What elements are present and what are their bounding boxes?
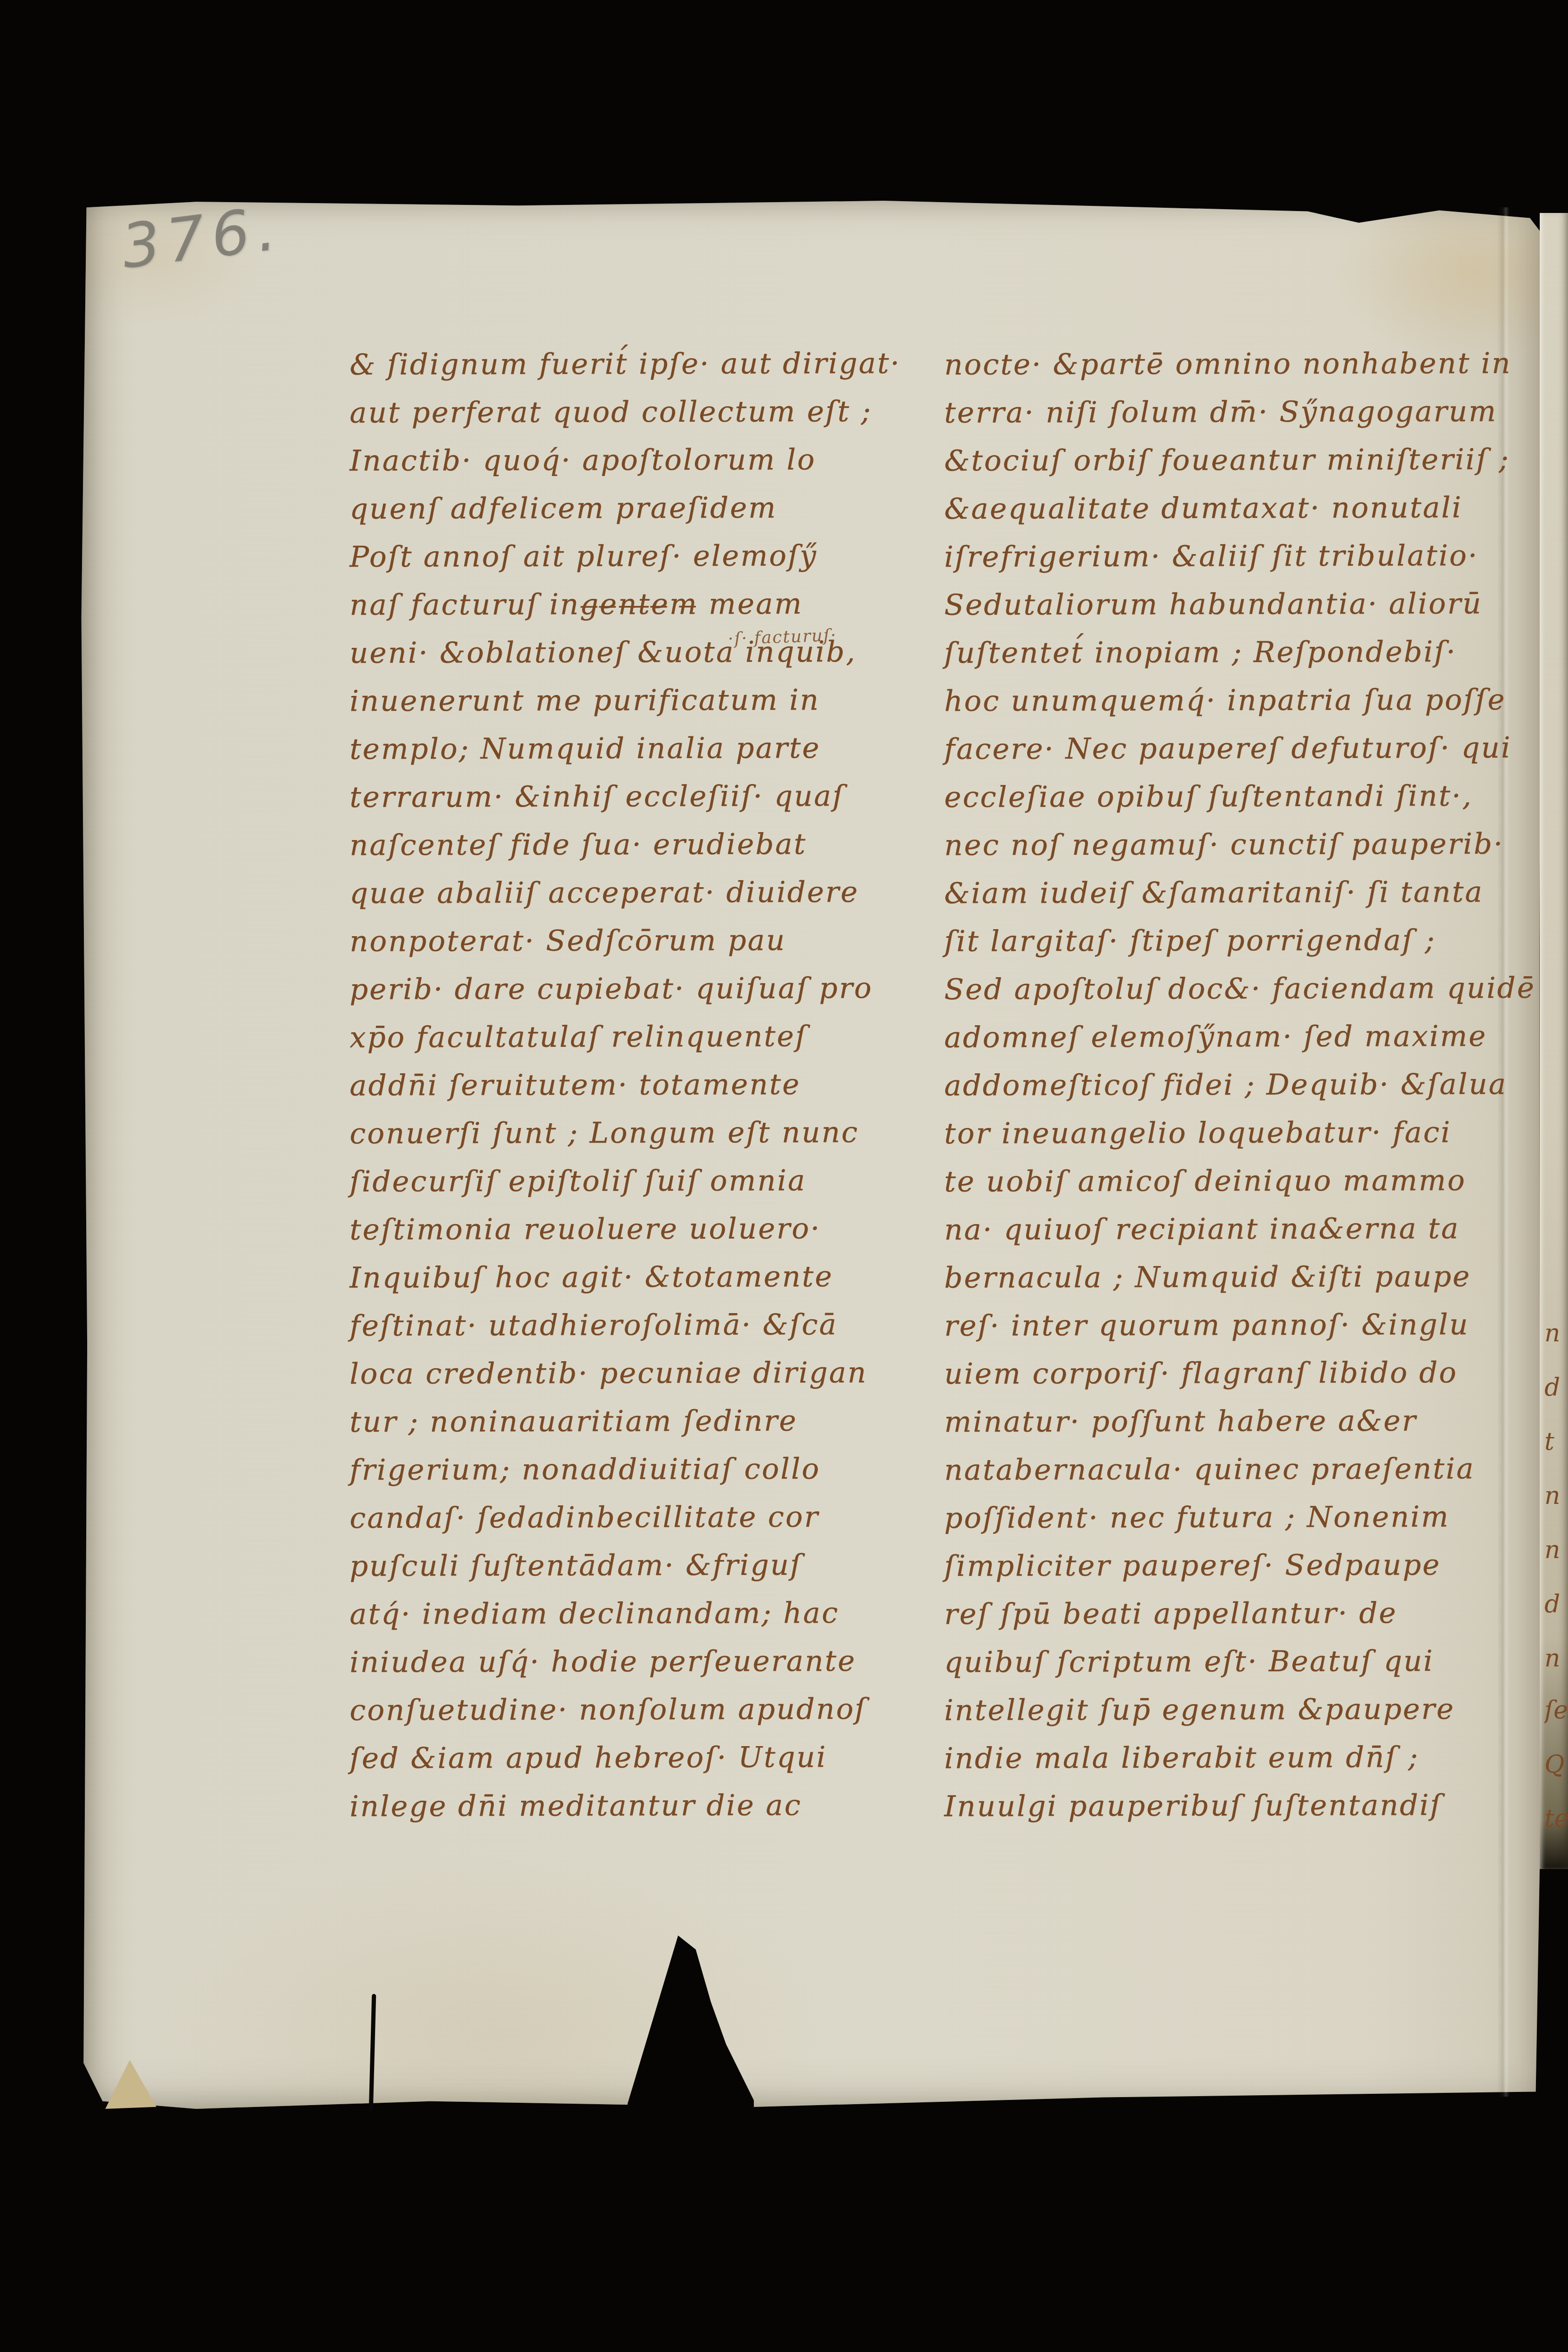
manuscript-text-line: feſtinat· utadhieroſolimā· &ſcā bbox=[350, 1300, 950, 1350]
manuscript-text-line: naſ facturuſ ing̶e̶n̶t̶e̶m̶ meam bbox=[350, 580, 950, 629]
text-column-right: nocte· &partē omnino nonhabent interra· … bbox=[944, 340, 1552, 1830]
manuscript-text-line: Inquibuſ hoc agit· &totamente bbox=[350, 1252, 950, 1302]
manuscript-text-line: Sedutaliorum habundantia· aliorū bbox=[944, 580, 1552, 629]
manuscript-text-line: na· quiuoſ recipiant ina&erna ta bbox=[944, 1204, 1552, 1254]
text-column-left: & ſidignum fuerit́ ipſe· aut dirigat·aut… bbox=[350, 340, 950, 1830]
manuscript-text-line: atq́· inediam declinandam; hac bbox=[350, 1589, 950, 1638]
manuscript-text-line: conſuetudine· nonſolum apudnoſ bbox=[350, 1685, 950, 1734]
manuscript-text-line: addn̄i ſeruitutem· totamente bbox=[350, 1060, 950, 1110]
manuscript-text-line: te uobiſ amicoſ deiniquo mammo bbox=[944, 1156, 1552, 1206]
manuscript-text-line: quae abaliiſ acceperat· diuidere bbox=[350, 868, 950, 917]
manuscript-text-line: Poſt annoſ ait plureſ· elemoſy̋ bbox=[350, 531, 950, 581]
manuscript-text-line: facere· Nec paupereſ defuturoſ· qui bbox=[944, 724, 1552, 773]
manuscript-text-line: candaſ· ſedadinbecillitate cor bbox=[350, 1493, 950, 1542]
manuscript-text-line: poſſident· nec futura ; Nonenim bbox=[944, 1493, 1552, 1542]
manuscript-text-line: reſ ſpū beati appellantur· de bbox=[944, 1589, 1552, 1638]
manuscript-text-line: uiem corporiſ· flagranſ libido do bbox=[944, 1348, 1552, 1398]
manuscript-text-line: ſimpliciter paupereſ· Sedpaupe bbox=[944, 1541, 1552, 1590]
manuscript-text-line: ſit largitaſ· ſtipeſ porrigendaſ ; bbox=[944, 916, 1552, 965]
manuscript-text-line: templo; Numquid inalia parte bbox=[350, 724, 950, 773]
manuscript-text-line: intellegit ſup̄ egenum &paupere bbox=[944, 1685, 1552, 1734]
manuscript-text-line: bernacula ; Numquid &iſti paupe bbox=[944, 1252, 1552, 1302]
manuscript-photo: ndtnndnſeQte 376. & ſidignum fuerit́ ipſ… bbox=[0, 0, 1568, 2352]
manuscript-text-line: nec noſ negamuſ· cunctiſ pauperib· bbox=[944, 820, 1552, 869]
manuscript-text-line: Inuulgi pauperibuſ ſuſtentandiſ bbox=[944, 1781, 1552, 1830]
manuscript-text-line: teſtimonia reuoluere uoluero· bbox=[350, 1204, 950, 1254]
manuscript-text-line: inuenerunt me purificatum in bbox=[350, 676, 950, 725]
manuscript-text-line: reſ· inter quorum pannoſ· &inglu bbox=[944, 1300, 1552, 1350]
manuscript-text-line: ſuſtentet́ inopiam ; Reſpondebiſ· bbox=[944, 628, 1552, 677]
manuscript-text-line: ſed &iam apud hebreoſ· Utqui bbox=[350, 1733, 950, 1782]
manuscript-text-line: quibuſ ſcriptum eſt· Beatuſ qui bbox=[944, 1637, 1552, 1686]
manuscript-text-line: &tociuſ orbiſ foueantur miniſteriiſ ; bbox=[944, 435, 1552, 485]
manuscript-text-line: adomneſ elemoſy̋nam· ſed maxime bbox=[944, 1012, 1552, 1062]
manuscript-text-line: ueni· &oblationeſ &uota inquib, bbox=[350, 628, 950, 677]
manuscript-text-line: frigerium; nonaddiuitiaſ collo bbox=[350, 1445, 950, 1494]
manuscript-text-line: nocte· &partē omnino nonhabent in bbox=[944, 339, 1552, 389]
manuscript-text-line: conuerſi ſunt ; Longum eſt nunc bbox=[350, 1108, 950, 1158]
manuscript-text-line: indie mala liberabit eum dn̄ſ ; bbox=[944, 1733, 1552, 1782]
manuscript-text-line: terrarum· &inhiſ eccleſiiſ· quaſ bbox=[350, 772, 950, 821]
manuscript-text-line: natabernacula· quinec praeſentia bbox=[944, 1445, 1552, 1494]
interlinear-gloss: ·ſ· facturuſ· bbox=[727, 626, 837, 649]
manuscript-text-line: minatur· poſſunt habere a&er bbox=[944, 1396, 1552, 1446]
manuscript-text-line: &iam iudeiſ &ſamaritaniſ· ſi tanta bbox=[944, 868, 1552, 917]
manuscript-text-line: iniudea uſq́· hodie perſeuerante bbox=[350, 1637, 950, 1686]
manuscript-text-line: naſcenteſ fide ſua· erudiebat bbox=[350, 820, 950, 869]
manuscript-text-line: & ſidignum fuerit́ ipſe· aut dirigat· bbox=[350, 339, 950, 389]
manuscript-text-line: eccleſiae opibuſ ſuſtentandi ſint·, bbox=[944, 772, 1552, 821]
manuscript-text-line: xp̄o facultatulaſ relinquenteſ bbox=[350, 1012, 950, 1062]
manuscript-text-line: addomeſticoſ fidei ; Dequib· &ſalua bbox=[944, 1060, 1552, 1110]
manuscript-text-line: nonpoterat· Sedſcōrum pau bbox=[350, 916, 950, 965]
manuscript-text-line: hoc unumquemq́· inpatria ſua poſſe bbox=[944, 676, 1552, 725]
manuscript-text-line: perib· dare cupiebat· quiſuaſ pro bbox=[350, 964, 950, 1013]
manuscript-text-line: iſrefrigerium· &aliiſ ſit tribulatio· bbox=[944, 531, 1552, 581]
manuscript-text-line: puſculi ſuſtentādam· &friguſ bbox=[350, 1541, 950, 1590]
manuscript-text-line: &aequalitate dumtaxat· nonutali bbox=[944, 483, 1552, 533]
manuscript-text-line: quenſ adfelicem praeſidem bbox=[350, 483, 950, 533]
manuscript-text-line: terra· niſi ſolum dm̄· Sy̋nagogarum bbox=[944, 387, 1552, 437]
manuscript-text-line: Inactib· quoq́· apoſtolorum lo bbox=[350, 435, 950, 485]
manuscript-text-line: tur ; noninauaritiam ſedinre bbox=[350, 1396, 950, 1446]
manuscript-text-line: aut perferat quod collectum eſt ; bbox=[350, 387, 950, 437]
manuscript-text-line: loca credentib· pecuniae dirigan bbox=[350, 1348, 950, 1398]
manuscript-text-line: tor ineuangelio loquebatur· faci bbox=[944, 1108, 1552, 1158]
manuscript-text-line: ſidecurſiſ epiſtoliſ ſuiſ omnia bbox=[350, 1156, 950, 1206]
manuscript-text-line: Sed apoſtoluſ doc&· faciendam quidē bbox=[944, 964, 1552, 1013]
manuscript-text-line: inlege dn̄i meditantur die ac bbox=[350, 1781, 950, 1830]
